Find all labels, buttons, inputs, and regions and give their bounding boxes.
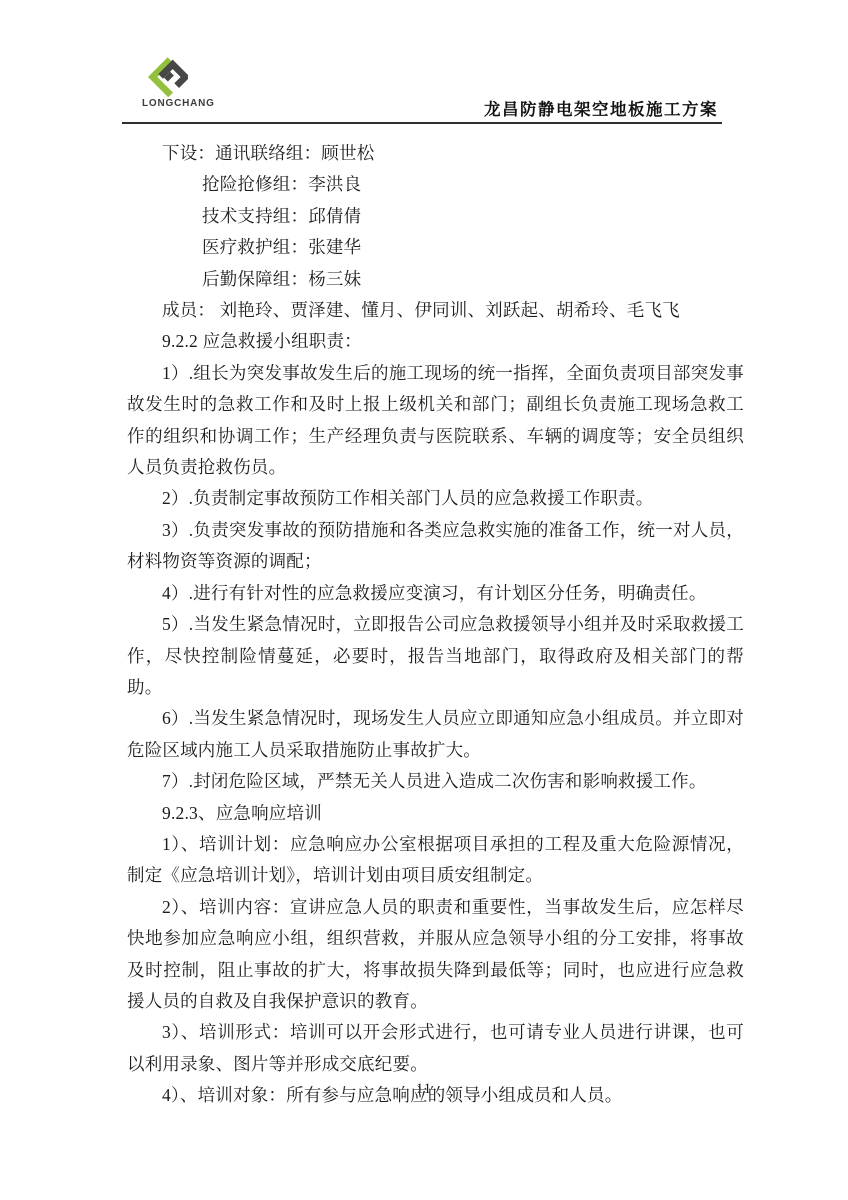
paragraph-line: 3）.负责突发事故的预防措施和各类应急救实施的准备工作，统一对人员，材料物资等资… [127, 515, 744, 578]
company-logo: LONGCHANG [142, 57, 222, 109]
header-divider [122, 122, 722, 124]
page-number: 11 [416, 1081, 432, 1097]
paragraph-line: 下设：通讯联络组：顾世松 [127, 138, 744, 169]
paragraph-line: 2）、培训内容：宣讲应急人员的职责和重要性，当事故发生后，应怎样尽快地参加应急响… [127, 892, 744, 1018]
paragraph-line: 7）.封闭危险区域，严禁无关人员进入造成二次伤害和影响救援工作。 [127, 766, 744, 797]
document-body: 下设：通讯联络组：顾世松抢险抢修组：李洪良技术支持组：邱倩倩医疗救护组：张建华后… [127, 138, 744, 1112]
paragraph-line: 抢险抢修组：李洪良 [127, 169, 744, 200]
paragraph-line: 9.2.3、应急响应培训 [127, 798, 744, 829]
paragraph-line: 1）.组长为突发事故发生后的施工现场的统一指挥，全面负责项目部突发事故发生时的急… [127, 358, 744, 484]
paragraph-line: 2）.负责制定事故预防工作相关部门人员的应急救援工作职责。 [127, 483, 744, 514]
paragraph-line: 3）、培训形式：培训可以开会形式进行，也可请专业人员进行讲课，也可以利用录象、图… [127, 1017, 744, 1080]
paragraph-line: 9.2.2 应急救援小组职责： [127, 326, 744, 357]
page-footer: 11 [0, 1080, 848, 1098]
paragraph-line: 4）.进行有针对性的应急救援应变演习，有计划区分任务，明确责任。 [127, 578, 744, 609]
paragraph-line: 成员： 刘艳玲、贾泽建、懂月、伊同训、刘跃起、胡希玲、毛飞飞 [127, 295, 744, 326]
paragraph-line: 后勤保障组：杨三妹 [127, 264, 744, 295]
paragraph-line: 技术支持组：邱倩倩 [127, 201, 744, 232]
paragraph-line: 6）.当发生紧急情况时，现场发生人员应立即通知应急小组成员。并立即对危险区域内施… [127, 703, 744, 766]
longchang-logo-icon [148, 57, 188, 97]
logo-wordmark: LONGCHANG [142, 98, 222, 109]
document-page: LONGCHANG 龙昌防静电架空地板施工方案 下设：通讯联络组：顾世松抢险抢修… [0, 0, 848, 1200]
paragraph-line: 医疗救护组：张建华 [127, 232, 744, 263]
paragraph-line: 5）.当发生紧急情况时，立即报告公司应急救援领导小组并及时采取救援工作，尽快控制… [127, 609, 744, 703]
paragraph-line: 1）、培训计划：应急响应办公室根据项目承担的工程及重大危险源情况，制定《应急培训… [127, 829, 744, 892]
document-header-title: 龙昌防静电架空地板施工方案 [484, 96, 718, 120]
